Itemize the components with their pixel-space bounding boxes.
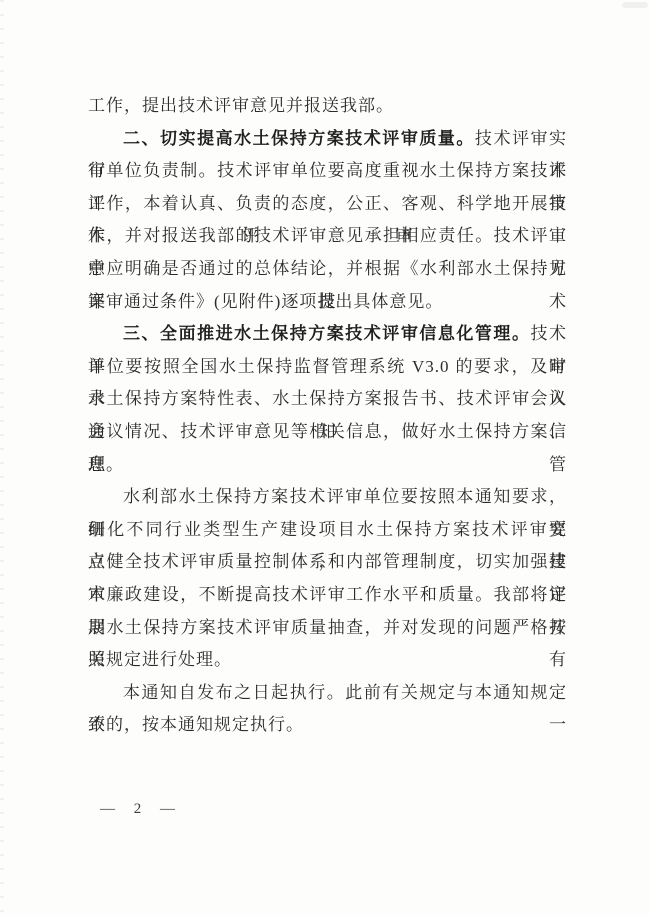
text-line: 本通知自发布之日起执行。此前有关规定与本通知规定不一 [88, 677, 567, 710]
text-line: 立健全技术评审质量控制体系和内部管理制度，切实加强技术评 [88, 546, 567, 579]
text-line: 展水土保持方案技术评审质量抽查，并对发现的问题严格按照有 [88, 612, 567, 645]
scan-artifact-left-edge [0, 0, 4, 915]
text-line: 中应明确是否通过的总体结论，并根据《水利部水土保持方案技术 [88, 253, 567, 286]
scan-artifact-top-right [622, 2, 648, 8]
document-body: 工作，提出技术评审意见并报送我部。 二、切实提高水土保持方案技术评审质量。技术评… [88, 90, 567, 742]
text-line: 二、切实提高水土保持方案技术评审质量。技术评审实行评 [88, 123, 567, 156]
text-line: 作，并对报送我部的技术评审意见承担相应责任。技术评审意见 [88, 220, 567, 253]
text-line: 会议情况、技术评审意见等相关信息，做好水土保持方案信息管 [88, 416, 567, 449]
text-line: 审单位负责制。技术评审单位要高度重视水土保持方案技术评审 [88, 155, 567, 188]
text-line: 单位要按照全国水土保持监督管理系统 V3.0 的要求，及时录入 [88, 351, 567, 384]
text-line: 三、全面推进水土保持方案技术评审信息化管理。技术评审 [88, 318, 567, 351]
section-heading-3: 三、全面推进水土保持方案技术评审信息化管理。 [123, 324, 530, 343]
text-line: 水利部水土保持方案技术评审单位要按照本通知要求，研究 [88, 481, 567, 514]
text-line: 水土保持方案特性表、水土保持方案报告书、技术评审会议通知、 [88, 383, 567, 416]
document-page: 工作，提出技术评审意见并报送我部。 二、切实提高水土保持方案技术评审质量。技术评… [0, 0, 650, 915]
text-line: 细化不同行业类型生产建设项目水土保持方案技术评审要点，建 [88, 514, 567, 547]
text-line: 审廉政建设，不断提高技术评审工作水平和质量。我部将定期开 [88, 579, 567, 612]
section-heading-2: 二、切实提高水土保持方案技术评审质量。 [123, 129, 475, 148]
text-line: 工作，本着认真、负责的态度，公正、客观、科学地开展技术评审工 [88, 188, 567, 221]
page-number: — 2 — [100, 801, 179, 818]
text-line: 工作，提出技术评审意见并报送我部。 [88, 90, 567, 123]
